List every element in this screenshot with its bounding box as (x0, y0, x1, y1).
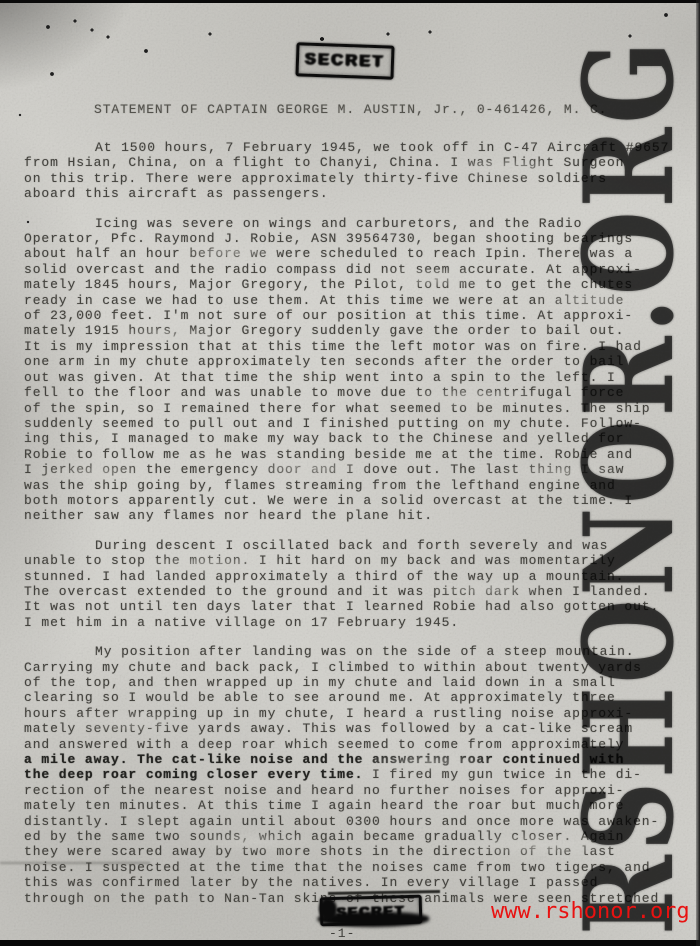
page-number: -1- (329, 926, 355, 941)
scanned-document-page: SECRET STATEMENT OF CAPTAIN GEORGE M. AU… (0, 0, 700, 946)
scan-edge-top (0, 0, 700, 3)
scan-edge-bottom (0, 940, 700, 946)
paragraph-mountain-end: I fired my gun twice in the di- rection … (24, 767, 659, 905)
secret-stamp-bottom: SECRET (320, 895, 423, 927)
secret-stamp-top: SECRET (295, 42, 394, 79)
paper-crease (0, 862, 150, 864)
document-title: STATEMENT OF CAPTAIN GEORGE M. AUSTIN, J… (94, 102, 607, 117)
website-url: www.rshonor.org (491, 899, 690, 924)
secret-stamp-top-label: SECRET (305, 51, 385, 72)
scan-edge-right (696, 0, 700, 946)
paragraph-mountain-start: My position after landing was on the sid… (24, 644, 642, 751)
paragraph-takeoff: At 1500 hours, 7 February 1945, we took … (24, 140, 684, 202)
document-body: At 1500 hours, 7 February 1945, we took … (24, 140, 684, 920)
paragraph-mountain: My position after landing was on the sid… (24, 644, 684, 906)
paragraph-bailout: Icing was severe on wings and carburetor… (24, 216, 684, 524)
paragraph-descent: During descent I oscillated back and for… (24, 538, 684, 630)
